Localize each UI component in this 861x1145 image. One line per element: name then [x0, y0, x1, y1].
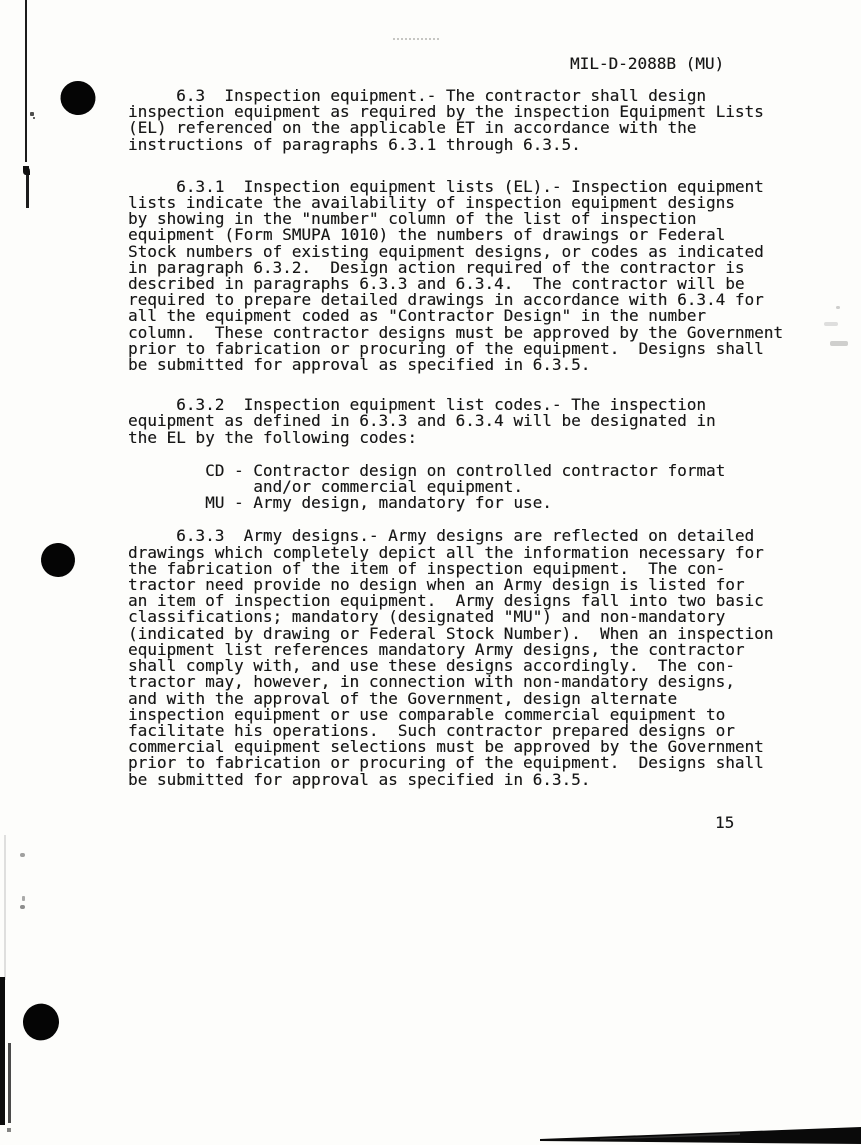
left-edge-black-bar-thin: [8, 1043, 11, 1123]
scan-speck: [7, 1128, 11, 1132]
punch-hole-ink-dot-bottom: [22, 1002, 60, 1041]
scan-smudge-right: [824, 322, 838, 326]
left-edge-black-bar: [0, 977, 5, 1125]
bottom-edge-scan-wedge: [540, 1124, 861, 1145]
scan-smudge-right: [830, 341, 848, 346]
code-list-cd-mu: CD - Contractor design on controlled con…: [128, 463, 808, 512]
scan-smudge-right: [836, 306, 840, 309]
scan-speck: [30, 112, 34, 116]
scan-speck: [20, 853, 25, 857]
paragraph-6-3-1: 6.3.1 Inspection equipment lists (EL).- …: [128, 179, 808, 373]
document-id-header: MIL-D-2088B (MU): [570, 56, 724, 72]
scan-speck: [33, 117, 35, 119]
paragraph-6-3-3: 6.3.3 Army designs.- Army designs are re…: [128, 528, 808, 787]
left-edge-ink-hook: [23, 166, 30, 175]
scan-speck: [22, 896, 25, 901]
left-edge-scan-line: [25, 0, 27, 162]
document-body: 6.3 Inspection equipment.- The contracto…: [128, 88, 808, 788]
page-number: 15: [715, 815, 734, 831]
scanned-document-page: MIL-D-2088B (MU) 6.3 Inspection equipmen…: [0, 0, 861, 1145]
scan-speck: [20, 905, 25, 909]
punch-hole-ink-dot-middle: [39, 541, 76, 578]
paragraph-6-3-2: 6.3.2 Inspection equipment list codes.- …: [128, 397, 808, 446]
paragraph-6-3: 6.3 Inspection equipment.- The contracto…: [128, 88, 808, 153]
left-edge-faint-line: [4, 835, 6, 980]
punch-hole-ink-dot-top: [58, 79, 97, 118]
scan-smudge-top: [393, 38, 439, 40]
